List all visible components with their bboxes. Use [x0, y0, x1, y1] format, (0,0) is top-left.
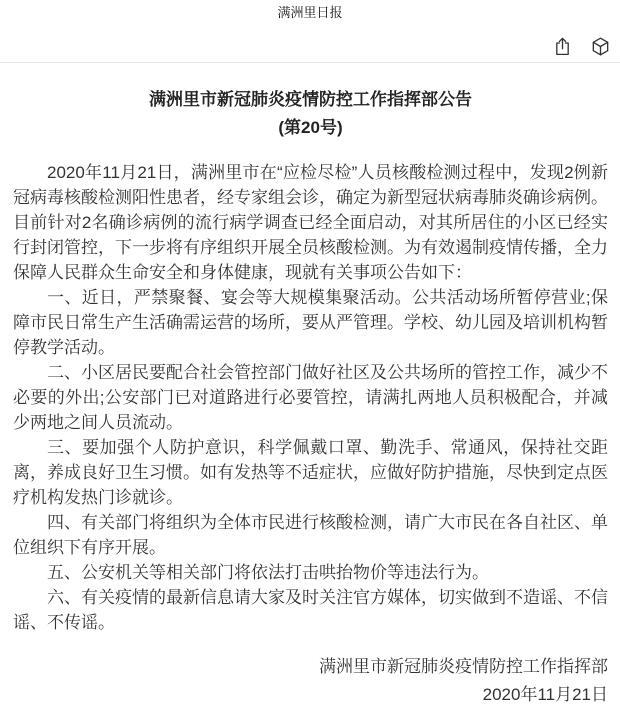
header-actions — [551, 35, 611, 57]
article: 满洲里市新冠肺炎疫情防控工作指挥部公告 (第20号) 2020年11月21日，满… — [0, 86, 620, 709]
announcement-paragraph-intro: 2020年11月21日，满洲里市在“应检尽检”人员核酸检测过程中，发现2例新冠病… — [13, 160, 608, 285]
share-icon — [552, 36, 573, 57]
announcement-paragraph-item1: 一、近日，严禁聚餐、宴会等大规模集聚活动。公共活动场所暂停营业;保障市民日常生产… — [13, 285, 608, 360]
cube-icon — [590, 36, 611, 57]
article-body: 2020年11月21日，满洲里市在“应检尽检”人员核酸检测过程中，发现2例新冠病… — [13, 160, 608, 635]
signature-block: 满洲里市新冠肺炎疫情防控工作指挥部 2020年11月21日 — [13, 653, 608, 709]
announcement-paragraph-item6: 六、有关疫情的最新信息请大家及时关注官方媒体，切实做到不造谣、不信谣、不传谣。 — [13, 585, 608, 635]
announcement-paragraph-item5: 五、公安机关等相关部门将依法打击哄抬物价等违法行为。 — [13, 560, 608, 585]
signature-date: 2020年11月21日 — [13, 681, 608, 709]
app-title: 满洲里日报 — [0, 0, 620, 20]
share-button[interactable] — [551, 35, 573, 57]
announcement-paragraph-item2: 二、小区居民要配合社会管控部门做好社区及公共场所的管控工作，减少不必要的外出;公… — [13, 360, 608, 435]
app-header: 满洲里日报 — [0, 0, 620, 63]
article-title: 满洲里市新冠肺炎疫情防控工作指挥部公告 — [13, 86, 608, 114]
article-issue-number: (第20号) — [13, 114, 608, 142]
open-in-app-button[interactable] — [589, 35, 611, 57]
announcement-paragraph-item3: 三、要加强个人防护意识，科学佩戴口罩、勤洗手、常通风，保持社交距离，养成良好卫生… — [13, 435, 608, 510]
signature: 满洲里市新冠肺炎疫情防控工作指挥部 — [13, 653, 608, 681]
announcement-paragraph-item4: 四、有关部门将组织为全体市民进行核酸检测，请广大市民在各自社区、单位组织下有序开… — [13, 510, 608, 560]
